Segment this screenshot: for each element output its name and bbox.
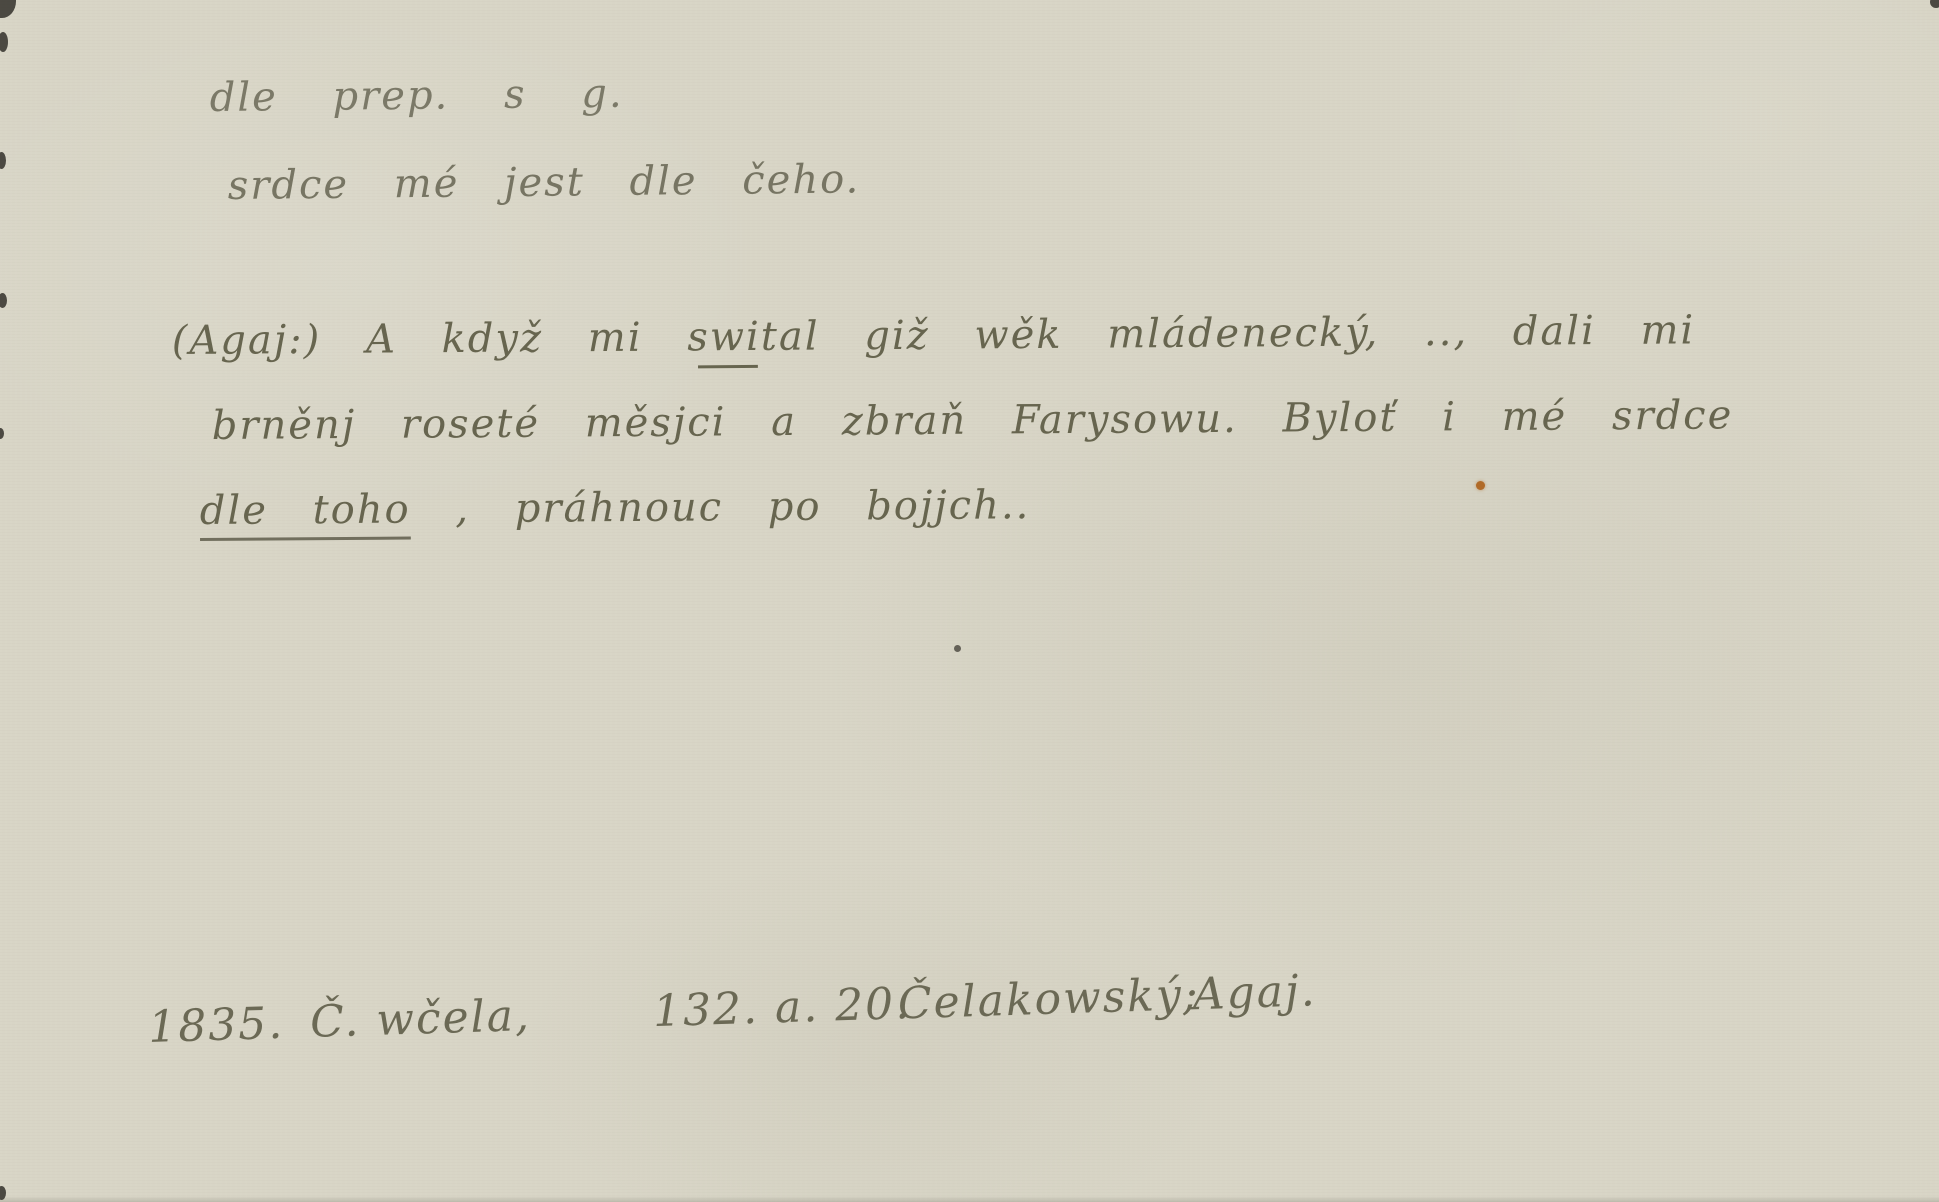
scan-artifact-speck (0, 428, 4, 439)
citation-page-reference: 132. a. 20. (652, 978, 912, 1037)
citation-year: 1835. (147, 998, 285, 1053)
citation-source: Č. wčela, (309, 990, 531, 1048)
quote-line1-post: giž wěk mládenecký, .., dali mi (864, 307, 1695, 359)
scan-artifact-speck (0, 293, 7, 308)
scan-artifact-speck (1930, 0, 1939, 8)
example-phrase: srdce mé jest dle čeho. (228, 156, 861, 209)
scan-artifact-speck (0, 152, 6, 169)
index-card: dle prep. s g. srdce mé jest dle čeho. (… (0, 0, 1939, 1202)
rust-spot (1476, 481, 1485, 490)
quote-line3-underlined-phrase: dle toho (200, 487, 411, 534)
ink-dot-speck (954, 645, 961, 652)
citation-line: 1835. Č. wčela, 132. a. 20. Čelakowský; … (0, 946, 1939, 1117)
citation-author: Čelakowský; (897, 969, 1200, 1029)
scan-artifact-speck (0, 1186, 6, 1200)
quote-line3-rest: , práhnouc po bojjch.. (410, 482, 1030, 532)
quote-line-3: dle toho , práhnouc po bojjch.. (200, 482, 1031, 534)
quote-line1-underlined-word: swital (687, 313, 820, 370)
quote-line-2: brněnj roseté měsjci a zbraň Farysowu. B… (212, 392, 1734, 449)
citation-work-title: Agaj. (1192, 965, 1317, 1020)
scan-artifact-speck (0, 0, 16, 18)
heading-grammar-note: dle prep. s g. (210, 71, 624, 121)
quote-line-1: (Agaj:) A když mi swital giž wěk mládene… (172, 307, 1696, 364)
scan-artifact-speck (0, 32, 8, 52)
quote-line1-pre: (Agaj:) A když mi (172, 315, 643, 364)
